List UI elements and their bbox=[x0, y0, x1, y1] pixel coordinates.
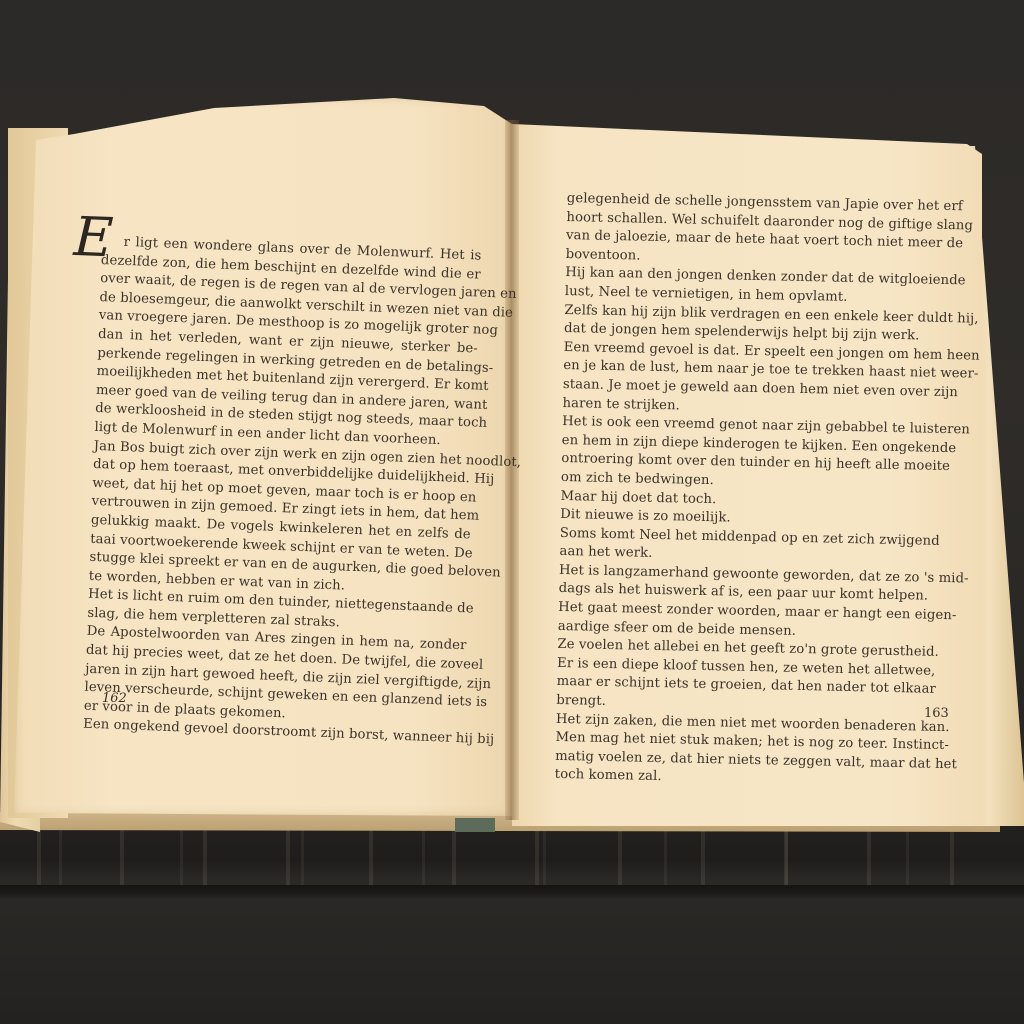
page-number-right: 163 bbox=[924, 706, 949, 721]
left-page-lines: r ligt een wondere glans over de Molenwu… bbox=[83, 233, 482, 749]
page-number-left: 162 bbox=[102, 691, 127, 706]
book-spine-cloth bbox=[455, 818, 495, 832]
table-scratches bbox=[0, 830, 1024, 890]
left-page-text: E r ligt een wondere glans over de Molen… bbox=[83, 233, 482, 749]
drop-cap: E bbox=[73, 210, 115, 265]
right-page-text: gelegenheid de schelle jongensstem van J… bbox=[555, 190, 943, 793]
right-page-lines: gelegenheid de schelle jongensstem van J… bbox=[555, 190, 943, 793]
table-board-seam bbox=[0, 885, 1024, 899]
